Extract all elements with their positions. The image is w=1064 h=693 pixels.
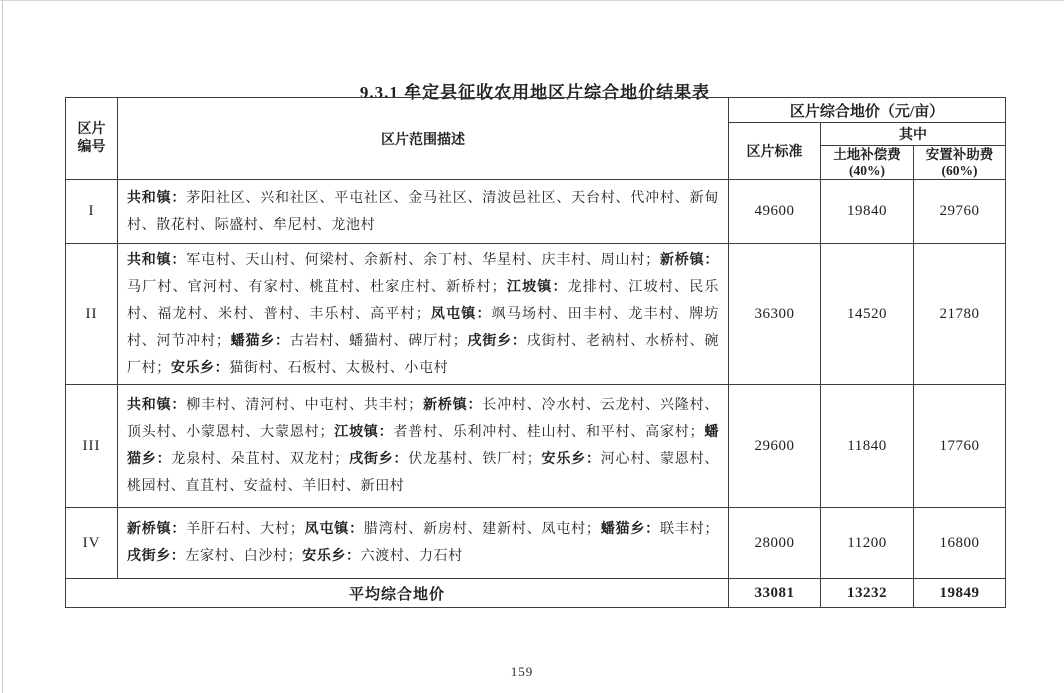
town-name: 共和镇：: [127, 191, 186, 206]
village-list: 军屯村、天山村、何梁村、余新村、余丁村、华星村、庆丰村、周山村；: [186, 253, 660, 268]
village-list: 古岩村、蟠猫村、碑厅村；: [290, 334, 467, 349]
resettlement-subsidy-fee-cell: 21780: [914, 244, 1006, 385]
town-name: 安乐乡：: [541, 452, 600, 467]
header-resettle-fee-line2: (60%): [914, 163, 1005, 179]
village-list: 者普村、乐利冲村、桂山村、和平村、高家村；: [393, 425, 704, 440]
town-name: 新桥镇：: [660, 253, 719, 268]
town-name: 新桥镇：: [423, 398, 482, 413]
header-zone-standard: 区片标准: [729, 123, 821, 180]
zone-number-cell: I: [66, 180, 118, 244]
town-name: 戌街乡：: [467, 334, 526, 349]
land-compensation-fee-cell: 14520: [821, 244, 914, 385]
land-compensation-fee-cell: 11200: [821, 508, 914, 579]
town-name: 戌街乡：: [127, 549, 185, 564]
town-name: 新桥镇：: [127, 522, 186, 537]
zone-standard-price-cell: 29600: [729, 385, 821, 508]
village-list: 茅阳社区、兴和社区、平屯社区、金马社区、清波邑社区、天台村、代冲村、新甸村、散花…: [127, 191, 719, 233]
town-name: 戌街乡：: [349, 452, 408, 467]
header-zone-number-line2: 编号: [66, 139, 117, 157]
village-list: 羊肝石村、大村；: [186, 522, 304, 537]
village-list: 六渡村、力石村: [361, 549, 463, 564]
table-body: I 共和镇：茅阳社区、兴和社区、平屯社区、金马社区、清波邑社区、天台村、代冲村、…: [66, 180, 1006, 579]
village-list: 联丰村；: [660, 522, 719, 537]
zone-number-cell: II: [66, 244, 118, 385]
resettlement-subsidy-fee-cell: 17760: [914, 385, 1006, 508]
town-name: 江坡镇：: [334, 425, 393, 440]
town-name: 共和镇：: [127, 253, 186, 268]
land-compensation-fee-cell: 11840: [821, 385, 914, 508]
village-list: 马厂村、官河村、有家村、桃苴村、杜家庄村、新桥村；: [127, 280, 506, 295]
header-resettle-fee-line1: 安置补助费: [914, 147, 1005, 163]
zone-standard-price-cell: 49600: [729, 180, 821, 244]
zone-description-cell: 新桥镇：羊肝石村、大村；凤屯镇：腊湾村、新房村、建新村、凤屯村；蟠猫乡：联丰村；…: [118, 508, 729, 579]
average-label: 平均综合地价: [66, 579, 729, 608]
land-price-table: 区片 编号 区片范围描述 区片综合地价（元/亩） 区片标准 其中 土地补偿费 (…: [65, 97, 1006, 608]
average-resettlement-subsidy-fee: 19849: [914, 579, 1006, 608]
header-land-fee-line1: 土地补偿费: [821, 147, 913, 163]
village-list: 伏龙基村、铁厂村；: [408, 452, 541, 467]
average-row: 平均综合地价 33081 13232 19849: [66, 579, 1006, 608]
town-name: 蟠猫乡：: [230, 334, 289, 349]
header-land-fee-line2: (40%): [821, 163, 913, 179]
header-among-which: 其中: [821, 123, 1006, 146]
header-zone-number-line1: 区片: [66, 121, 117, 139]
village-list: 猫街村、石板村、太极村、小屯村: [229, 361, 448, 376]
town-name: 凤屯镇：: [430, 307, 491, 322]
table-footer: 平均综合地价 33081 13232 19849: [66, 579, 1006, 608]
town-name: 共和镇：: [127, 398, 186, 413]
table-row: II 共和镇：军屯村、天山村、何梁村、余新村、余丁村、华星村、庆丰村、周山村；新…: [66, 244, 1006, 385]
header-land-compensation-fee: 土地补偿费 (40%): [821, 146, 914, 180]
table-row: IV 新桥镇：羊肝石村、大村；凤屯镇：腊湾村、新房村、建新村、凤屯村；蟠猫乡：联…: [66, 508, 1006, 579]
resettlement-subsidy-fee-cell: 29760: [914, 180, 1006, 244]
zone-standard-price-cell: 28000: [729, 508, 821, 579]
village-list: 左家村、白沙村；: [185, 549, 302, 564]
town-name: 江坡镇：: [506, 280, 567, 295]
table-row: III 共和镇：柳丰村、清河村、中屯村、共丰村；新桥镇：长冲村、冷水村、云龙村、…: [66, 385, 1006, 508]
table-row: I 共和镇：茅阳社区、兴和社区、平屯社区、金马社区、清波邑社区、天台村、代冲村、…: [66, 180, 1006, 244]
village-list: 腊湾村、新房村、建新村、凤屯村；: [364, 522, 601, 537]
resettlement-subsidy-fee-cell: 16800: [914, 508, 1006, 579]
header-zone-number: 区片 编号: [66, 98, 118, 180]
land-compensation-fee-cell: 19840: [821, 180, 914, 244]
zone-number-cell: III: [66, 385, 118, 508]
town-name: 蟠猫乡：: [601, 522, 660, 537]
zone-description-cell: 共和镇：茅阳社区、兴和社区、平屯社区、金马社区、清波邑社区、天台村、代冲村、新甸…: [118, 180, 729, 244]
header-price-group: 区片综合地价（元/亩）: [729, 98, 1006, 123]
village-list: 柳丰村、清河村、中屯村、共丰村；: [186, 398, 423, 413]
zone-standard-price-cell: 36300: [729, 244, 821, 385]
scanned-document-page: { "page": { "title": "9.3.1 牟定县征收农用地区片综合…: [0, 0, 1064, 693]
header-zone-description: 区片范围描述: [118, 98, 729, 180]
village-list: 龙泉村、朵苴村、双龙村；: [171, 452, 348, 467]
zone-description-cell: 共和镇：军屯村、天山村、何梁村、余新村、余丁村、华星村、庆丰村、周山村；新桥镇：…: [118, 244, 729, 385]
zone-number-cell: IV: [66, 508, 118, 579]
town-name: 安乐乡：: [171, 361, 229, 376]
average-land-compensation-fee: 13232: [821, 579, 914, 608]
header-resettlement-subsidy-fee: 安置补助费 (60%): [914, 146, 1006, 180]
town-name: 凤屯镇：: [304, 522, 363, 537]
table-header: 区片 编号 区片范围描述 区片综合地价（元/亩） 区片标准 其中 土地补偿费 (…: [66, 98, 1006, 180]
scan-edge-left: [2, 0, 3, 693]
page-number: 159: [0, 664, 1044, 680]
scan-edge-top: [0, 0, 1064, 1]
zone-description-cell: 共和镇：柳丰村、清河村、中屯村、共丰村；新桥镇：长冲村、冷水村、云龙村、兴隆村、…: [118, 385, 729, 508]
average-standard-price: 33081: [729, 579, 821, 608]
town-name: 安乐乡：: [302, 549, 360, 564]
